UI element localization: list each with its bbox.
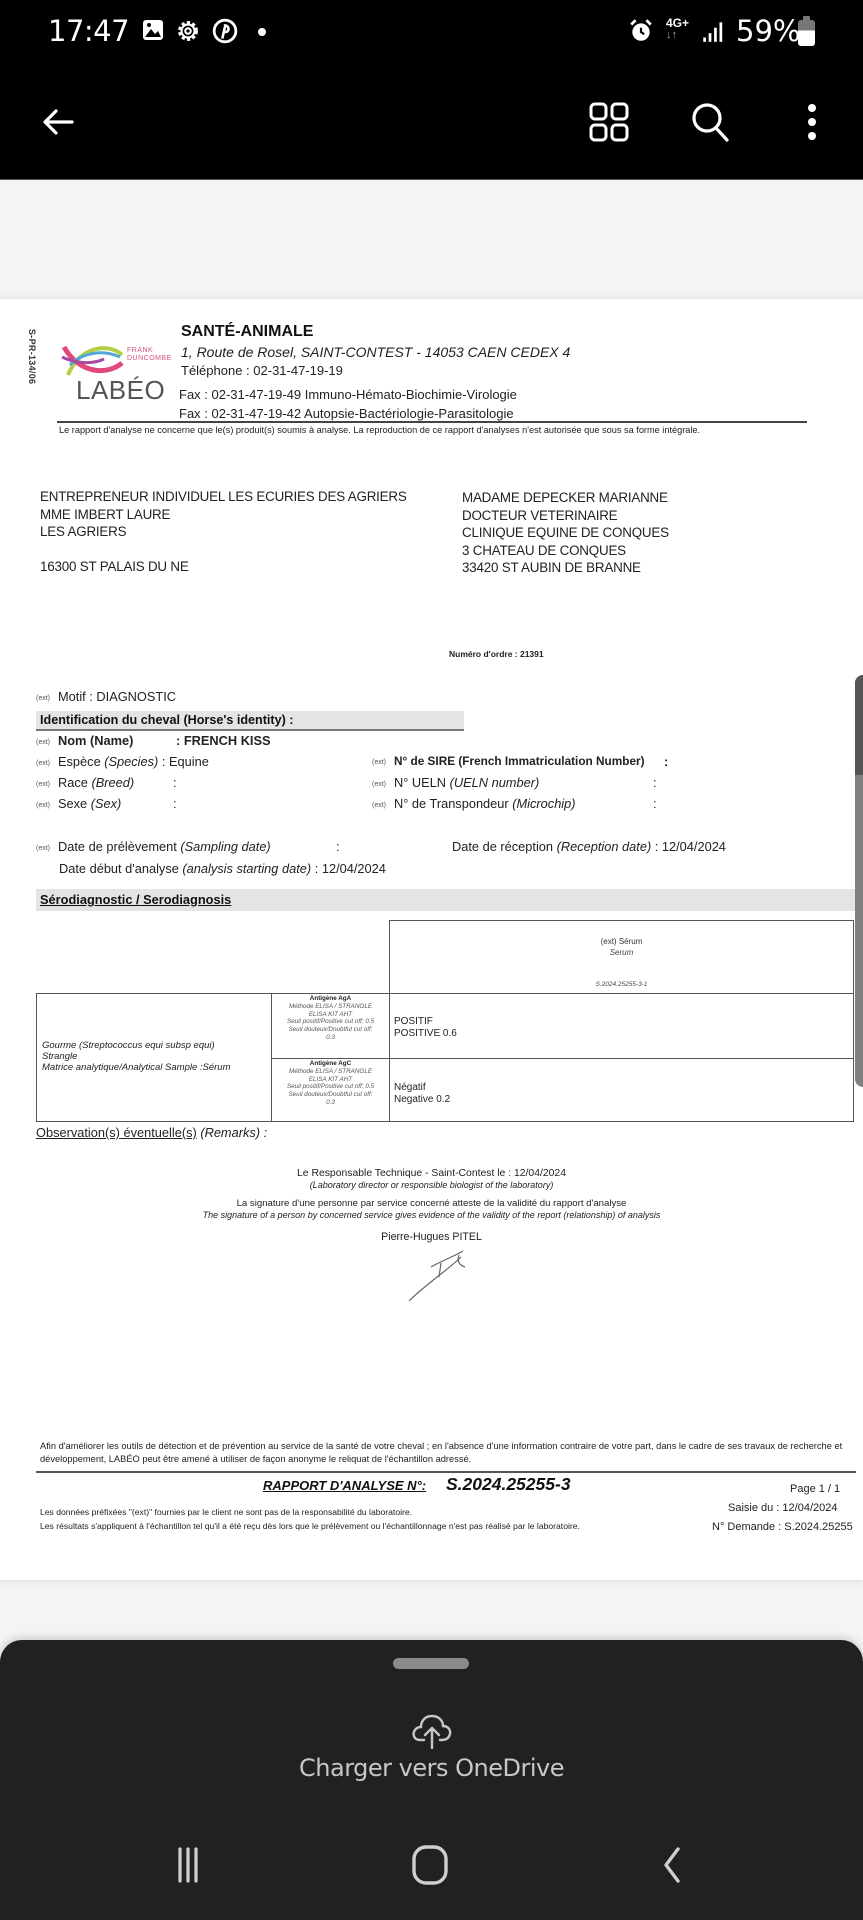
sampling-date-value: : — [336, 839, 340, 854]
bottom-sheet: Charger vers OneDrive — [0, 1640, 863, 1920]
logo-subtitle: FRANKDUNCOMBE — [127, 347, 172, 363]
app-bar — [0, 62, 863, 180]
recent-apps-button[interactable] — [158, 1835, 218, 1895]
lab-telephone: Téléphone : 02-31-47-19-19 — [181, 363, 343, 378]
status-bar: 17:47 4G+↓↑ 59% — [0, 0, 863, 62]
disease-cell: Gourme (Streptococcus equi subsp equi) S… — [37, 994, 272, 1121]
analysis-date-row: Date début d'analyse (analysis starting … — [59, 861, 386, 876]
microchip-row: (ext)N° de Transpondeur (Microchip) — [372, 796, 576, 811]
home-button[interactable] — [400, 1835, 460, 1895]
responsible-technician-en: (Laboratory director or responsible biol… — [0, 1180, 863, 1190]
owner-address: ENTREPRENEUR INDIVIDUEL LES ECURIES DES … — [40, 488, 407, 576]
alarm-icon — [628, 18, 654, 44]
home-icon — [408, 1843, 452, 1887]
sampling-date-row: (ext)Date de prélèvement (Sampling date) — [36, 839, 271, 854]
ueln-value: : — [653, 775, 657, 790]
nav-back-button[interactable] — [642, 1835, 702, 1895]
horse-breed-row: (ext)Race (Breed) — [36, 775, 134, 790]
footer-divider — [36, 1471, 856, 1473]
logo-brand: LABÉO — [76, 375, 165, 406]
horse-name-row: (ext)Nom (Name): FRENCH KISS — [36, 733, 271, 748]
serodiagnosis-header: Sérodiagnostic / Serodiagnosis — [36, 889, 856, 911]
remarks-label: Observation(s) éventuelle(s) (Remarks) : — [36, 1125, 267, 1140]
arrow-left-icon — [38, 102, 78, 142]
more-options-button[interactable] — [788, 98, 836, 146]
sample-label: (ext) Sérum — [390, 937, 853, 946]
signal-icon — [700, 18, 726, 44]
signature-validity: La signature d'une personne par service … — [0, 1198, 863, 1209]
report-number-label: RAPPORT D'ANALYSE N°: — [263, 1478, 426, 1493]
reception-date-row: Date de réception (Reception date) : 12/… — [452, 839, 726, 854]
signature-icon — [405, 1245, 485, 1305]
sample-label-en: Serum — [390, 948, 853, 957]
lab-fax-1: Fax : 02-31-47-19-49 Immuno-Hémato-Bioch… — [179, 387, 517, 402]
battery-percent: 59% — [736, 14, 800, 48]
result-column: POSITIF POSITIVE 0.6 Négatif Negative 0.… — [390, 994, 853, 1121]
reproduction-disclaimer: Le rapport d'analyse ne concerne que le(… — [59, 425, 700, 435]
scrollbar-thumb[interactable] — [855, 675, 863, 1087]
page-indicator: Page 1 / 1 — [790, 1483, 840, 1495]
chevron-left-icon — [652, 1845, 692, 1885]
results-table: Gourme (Streptococcus equi subsp equi) S… — [36, 993, 854, 1122]
notification-dot — [258, 28, 266, 36]
horse-identity-header: Identification du cheval (Horse's identi… — [36, 711, 464, 731]
sample-column-header: (ext) Sérum Serum S.2024.25255-3-1 — [389, 920, 854, 994]
horse-sex-row: (ext)Sexe (Sex) — [36, 796, 121, 811]
sample-id: S.2024.25255-3-1 — [390, 981, 853, 988]
results-scope-note: Les résultats s'appliquent à l'échantill… — [40, 1521, 580, 1531]
recent-apps-icon — [168, 1845, 208, 1885]
pdf-page[interactable]: S-PR-134/06 FRANKDUNCOMBE LABÉO SANTÉ-AN… — [0, 299, 863, 1580]
cloud-upload-icon — [410, 1710, 454, 1750]
lab-title: SANTÉ-ANIMALE — [181, 323, 313, 341]
grid-icon — [588, 101, 630, 143]
settings-gear-icon — [175, 18, 201, 44]
pinterest-icon — [212, 18, 238, 44]
method-cell-agc: Antigène AgC Méthode ELISA / STRANGLE EL… — [272, 1058, 389, 1122]
sire-value: : — [664, 754, 668, 769]
document-viewer[interactable]: S-PR-134/06 FRANKDUNCOMBE LABÉO SANTÉ-AN… — [0, 181, 863, 1641]
method-cell-aga: Antigène AgA Méthode ELISA / STRANGLE EL… — [272, 994, 389, 1058]
signer-name: Pierre-Hugues PITEL — [0, 1231, 863, 1243]
sire-row: (ext)N° de SIRE (French Immatriculation … — [372, 754, 645, 768]
report-number: S.2024.25255-3 — [446, 1474, 571, 1495]
microchip-value: : — [653, 796, 657, 811]
horse-sex-value: : — [173, 796, 177, 811]
signature-validity-en: The signature of a person by concerned s… — [0, 1210, 863, 1220]
result-cell-agc: Négatif Negative 0.2 — [390, 1058, 853, 1122]
lab-address: 1, Route de Rosel, SAINT-CONTEST - 14053… — [181, 344, 570, 360]
search-icon — [689, 101, 731, 143]
vet-address: MADAME DEPECKER MARIANNE DOCTEUR VETERIN… — [462, 489, 669, 577]
network-type: 4G+↓↑ — [666, 17, 689, 41]
ueln-row: (ext)N° UELN (UELN number) — [372, 775, 539, 790]
header-divider — [57, 421, 807, 423]
battery-icon — [798, 20, 815, 46]
grid-view-button[interactable] — [585, 98, 633, 146]
sheet-drag-handle[interactable] — [393, 1658, 469, 1669]
clock: 17:47 — [48, 14, 129, 48]
back-button[interactable] — [34, 98, 82, 146]
gallery-icon — [141, 18, 167, 44]
labeo-logo: FRANKDUNCOMBE LABÉO — [60, 335, 180, 407]
ext-data-note: Les données préfixées "(ext)" fournies p… — [40, 1507, 412, 1517]
upload-onedrive-label: Charger vers OneDrive — [280, 1754, 583, 1782]
motif-row: (ext)Motif : DIAGNOSTIC — [36, 689, 176, 704]
search-button[interactable] — [686, 98, 734, 146]
request-number: N° Demande : S.2024.25255 — [712, 1521, 853, 1533]
order-number: Numéro d'ordre : 21391 — [449, 649, 544, 659]
document-code: S-PR-134/06 — [27, 329, 37, 384]
method-column: Antigène AgA Méthode ELISA / STRANGLE EL… — [272, 994, 390, 1121]
upload-onedrive-button[interactable]: Charger vers OneDrive — [280, 1710, 583, 1790]
lab-fax-2: Fax : 02-31-47-19-42 Autopsie-Bactériolo… — [179, 406, 514, 421]
responsible-technician: Le Responsable Technique - Saint-Contest… — [0, 1168, 863, 1179]
more-vertical-icon — [802, 101, 822, 143]
horse-species-row: (ext)Espèce (Species) : Equine — [36, 754, 209, 769]
entry-date: Saisie du : 12/04/2024 — [728, 1502, 837, 1514]
research-note: Afin d'améliorer les outils de détection… — [40, 1440, 860, 1466]
result-cell-aga: POSITIF POSITIVE 0.6 — [390, 994, 853, 1058]
horse-breed-value: : — [173, 775, 177, 790]
